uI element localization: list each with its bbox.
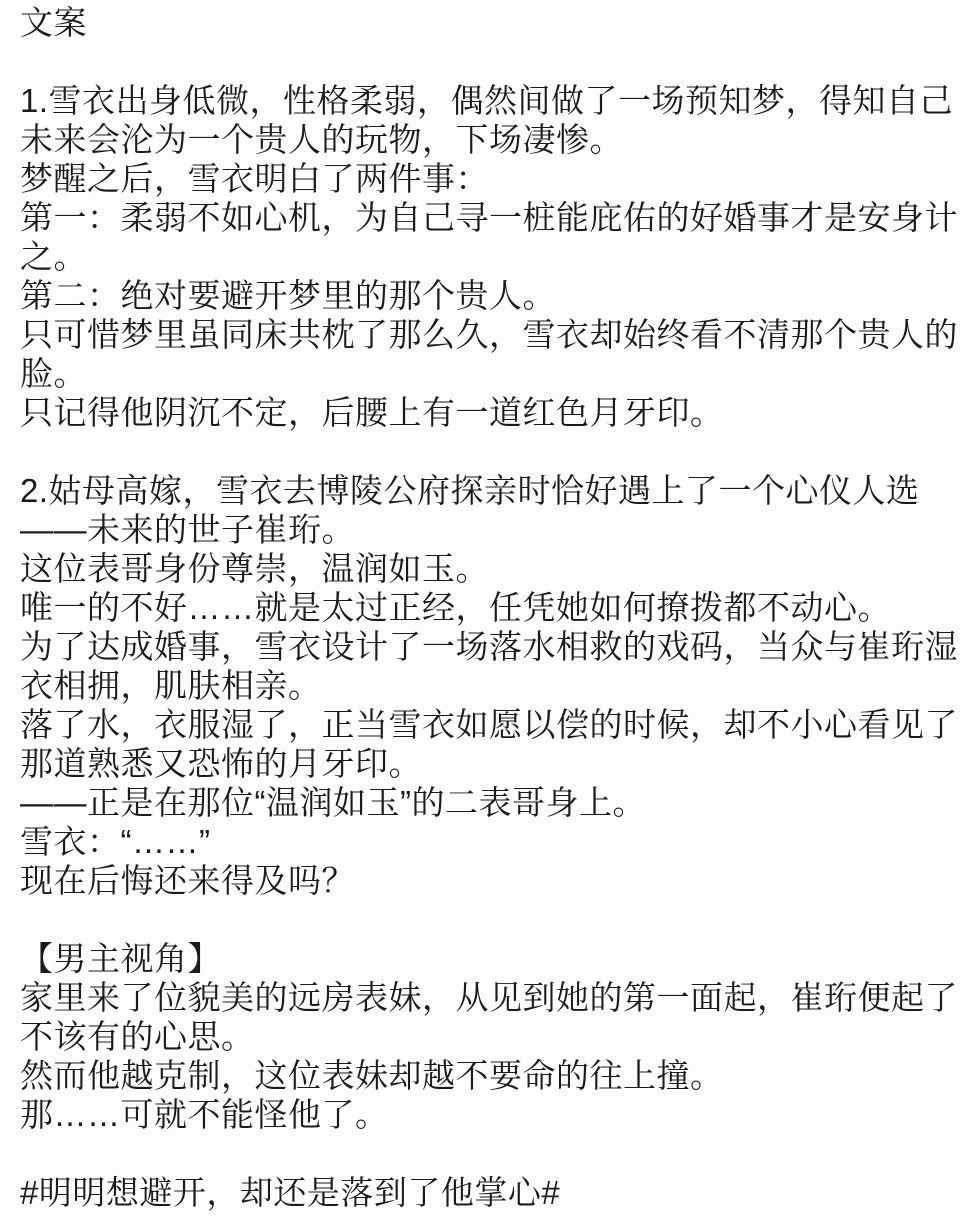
text-line: 梦醒之后，雪衣明白了两件事： (20, 159, 943, 198)
text-line: 脸。 (20, 354, 943, 393)
text-line: 1.雪衣出身低微，性格柔弱，偶然间做了一场预知梦，得知自己 (20, 81, 943, 120)
text-line: 只记得他阴沉不定，后腰上有一道红色月牙印。 (20, 393, 943, 432)
text-line: 那……可就不能怪他了。 (20, 1095, 943, 1134)
text-line: 唯一的不好……就是太过正经，任凭她如何撩拨都不动心。 (20, 588, 943, 627)
text-line: 之。 (20, 237, 943, 276)
blank-line (20, 1134, 943, 1173)
text-line: 然而他越克制，这位表妹却越不要命的往上撞。 (20, 1056, 943, 1095)
text-line: 不该有的心思。 (20, 1017, 943, 1056)
text-line: 未来会沦为一个贵人的玩物，下场凄惨。 (20, 120, 943, 159)
text-line: 只可惜梦里虽同床共枕了那么久，雪衣却始终看不清那个贵人的 (20, 315, 943, 354)
text-line: ——未来的世子崔珩。 (20, 510, 943, 549)
text-line: 雪衣：“……” (20, 822, 943, 861)
text-line: 第一：柔弱不如心机，为自己寻一桩能庇佑的好婚事才是安身计 (20, 198, 943, 237)
hashtag-line: #明明想避开，却还是落到了他掌心# (20, 1173, 943, 1212)
text-line: ——正是在那位“温润如玉”的二表哥身上。 (20, 783, 943, 822)
text-line: 为了达成婚事，雪衣设计了一场落水相救的戏码，当众与崔珩湿 (20, 627, 943, 666)
text-line: 那道熟悉又恐怖的月牙印。 (20, 744, 943, 783)
text-line: 落了水，衣服湿了，正当雪衣如愿以偿的时候，却不小心看见了 (20, 705, 943, 744)
blank-line (20, 900, 943, 939)
text-line: 衣相拥，肌肤相亲。 (20, 666, 943, 705)
text-line: 家里来了位貌美的远房表妹，从见到她的第一面起，崔珩便起了 (20, 978, 943, 1017)
text-line: 现在后悔还来得及吗？ (20, 861, 943, 900)
blank-line (20, 432, 943, 471)
blank-line (20, 42, 943, 81)
text-line: 第二：绝对要避开梦里的那个贵人。 (20, 276, 943, 315)
section-heading: 【男主视角】 (20, 939, 943, 978)
novel-blurb-page: 文案 1.雪衣出身低微，性格柔弱，偶然间做了一场预知梦，得知自己 未来会沦为一个… (0, 0, 969, 1220)
text-line: 这位表哥身份尊崇，温润如玉。 (20, 549, 943, 588)
text-line: 2.姑母高嫁，雪衣去博陵公府探亲时恰好遇上了一个心仪人选 (20, 471, 943, 510)
page-title: 文案 (20, 3, 943, 42)
